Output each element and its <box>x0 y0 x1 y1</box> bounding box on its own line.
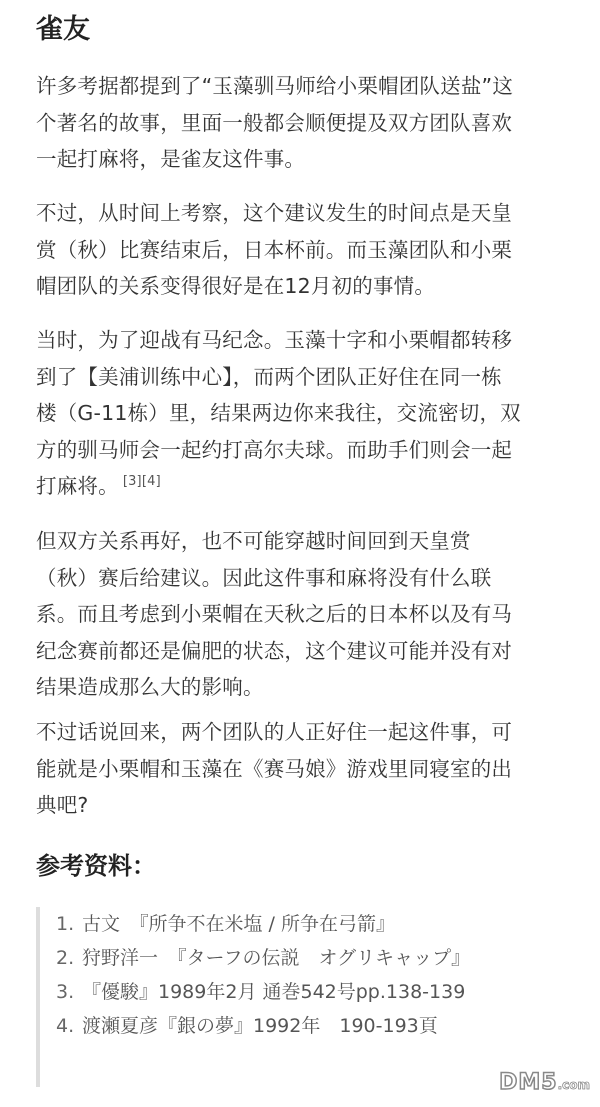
references-block: 1. 古文 『所争不在米塩 / 所争在弓箭』 2. 狩野洋一 『ターフの伝説 オ… <box>36 907 576 1087</box>
reference-number: 2. <box>56 941 82 975</box>
paragraph-line: 能就是小栗帽和玉藻在《赛马娘》游戏里同寝室的出 <box>36 751 566 788</box>
paragraph-line: 楼（G-11栋）里，结果两边你来我往，交流密切，双 <box>36 395 566 432</box>
reference-text[interactable]: 『優駿』1989年2月 通巻542号pp.138-139 <box>82 975 576 1009</box>
watermark-brand: DM5 <box>499 1070 557 1095</box>
paragraph-line: 但双方关系再好，也不可能穿越时间回到天皇赏 <box>36 523 566 560</box>
paragraph-line: 结果造成那么大的影响。 <box>36 669 566 706</box>
paragraph-line: （秋）赛后给建议。因此这件事和麻将没有什么联 <box>36 560 566 597</box>
paragraph-line: 赏（秋）比赛结束后，日本杯前。而玉藻团队和小栗 <box>36 232 566 269</box>
paragraph-3: 当时，为了迎战有马纪念。玉藻十字和小栗帽都转移 到了【美浦训练中心】，而两个团队… <box>36 322 566 505</box>
paragraph-line: 帽团队的关系变得很好是在12月初的事情。 <box>36 268 566 305</box>
citation-link[interactable]: [3][4] <box>123 474 161 489</box>
paragraph-line: 到了【美浦训练中心】，而两个团队正好住在同一栋 <box>36 359 566 396</box>
reference-number: 4. <box>56 1009 82 1043</box>
reference-item: 2. 狩野洋一 『ターフの伝説 オグリキャップ』 <box>56 941 576 975</box>
paragraph-1: 许多考据都提到了“玉藻驯马师给小栗帽团队送盐”这 个著名的故事，里面一般都会顺便… <box>36 68 566 178</box>
paragraph-2: 不过，从时间上考察，这个建议发生的时间点是天皇 赏（秋）比赛结束后，日本杯前。而… <box>36 195 566 305</box>
paragraph-line: 个著名的故事，里面一般都会顺便提及双方团队喜欢 <box>36 105 566 142</box>
section-title: 雀友 <box>36 12 90 48</box>
paragraph-line: 打麻将。 <box>36 474 119 498</box>
paragraph-5: 不过话说回来，两个团队的人正好住一起这件事，可 能就是小栗帽和玉藻在《赛马娘》游… <box>36 714 566 824</box>
reference-text[interactable]: 狩野洋一 『ターフの伝説 オグリキャップ』 <box>82 941 522 975</box>
reference-item: 3. 『優駿』1989年2月 通巻542号pp.138-139 <box>56 975 576 1009</box>
paragraph-line: 一起打麻将，是雀友这件事。 <box>36 141 566 178</box>
reference-item: 4. 渡瀬夏彦『銀の夢』1992年 190-193頁 <box>56 1009 576 1043</box>
paragraph-4: 但双方关系再好，也不可能穿越时间回到天皇赏 （秋）赛后给建议。因此这件事和麻将没… <box>36 523 566 706</box>
watermark-suffix: .com <box>558 1078 590 1092</box>
paragraph-line: 不过话说回来，两个团队的人正好住一起这件事，可 <box>36 714 566 751</box>
reference-text[interactable]: 渡瀬夏彦『銀の夢』1992年 190-193頁 <box>82 1009 576 1043</box>
paragraph-line: 纪念赛前都还是偏肥的状态，这个建议可能并没有对 <box>36 633 566 670</box>
paragraph-line: 不过，从时间上考察，这个建议发生的时间点是天皇 <box>36 195 566 232</box>
paragraph-line: 当时，为了迎战有马纪念。玉藻十字和小栗帽都转移 <box>36 322 566 359</box>
references-list: 1. 古文 『所争不在米塩 / 所争在弓箭』 2. 狩野洋一 『ターフの伝説 オ… <box>56 907 576 1043</box>
paragraph-line: 典吧? <box>36 787 566 824</box>
paragraph-line: 许多考据都提到了“玉藻驯马师给小栗帽团队送盐”这 <box>36 68 566 105</box>
reference-number: 1. <box>56 907 82 941</box>
paragraph-line: 系。而且考虑到小栗帽在天秋之后的日本杯以及有马 <box>36 596 566 633</box>
references-heading: 参考资料： <box>36 848 156 884</box>
paragraph-line-with-citation: 打麻将。[3][4] <box>36 468 566 505</box>
reference-item: 1. 古文 『所争不在米塩 / 所争在弓箭』 <box>56 907 576 941</box>
paragraph-line: 方的驯马师会一起约打高尔夫球。而助手们则会一起 <box>36 432 566 469</box>
watermark-logo: DM5.com <box>499 1070 590 1095</box>
reference-number: 3. <box>56 975 82 1009</box>
reference-text[interactable]: 古文 『所争不在米塩 / 所争在弓箭』 <box>82 907 576 941</box>
